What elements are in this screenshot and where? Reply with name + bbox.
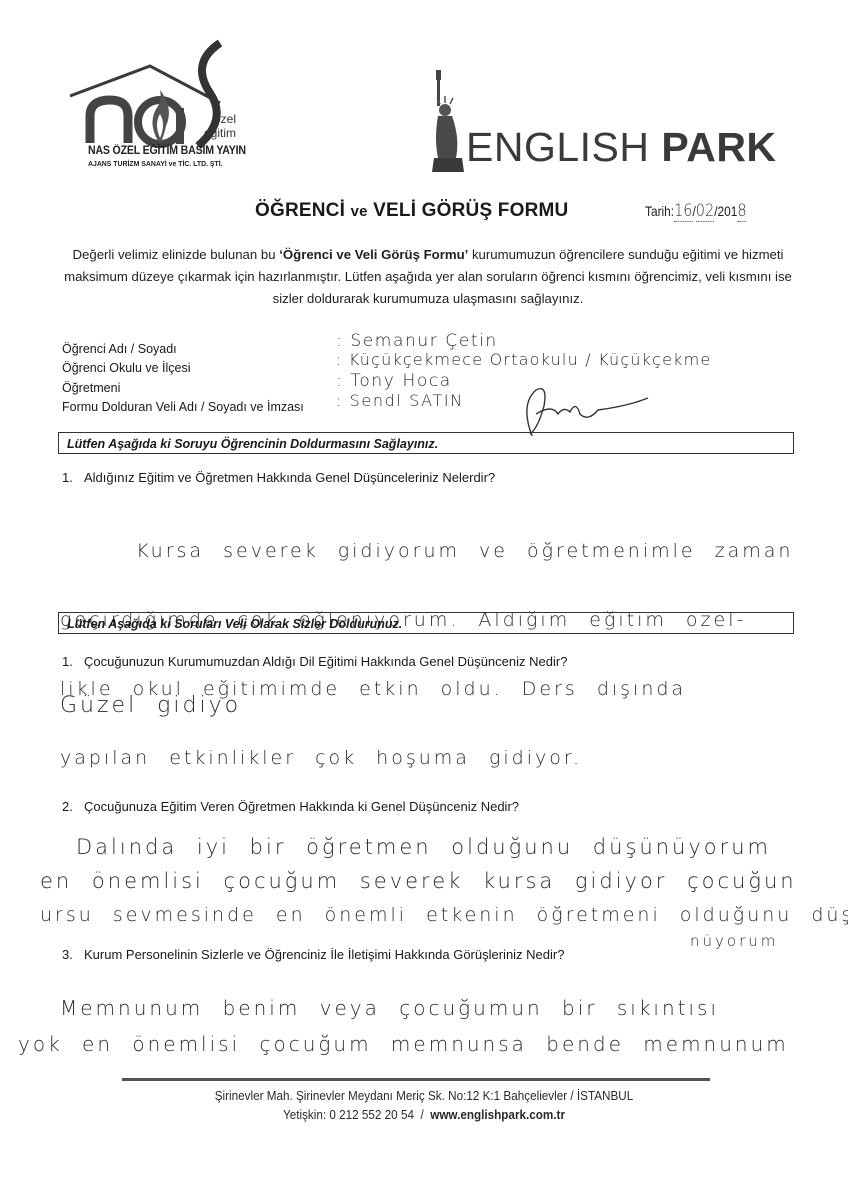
- student-answer-1[interactable]: Kursa severek gidiyorum ve öğretmenimle …: [60, 494, 793, 793]
- parent-signature[interactable]: [518, 384, 668, 439]
- title-part1: ÖĞRENCİ: [255, 200, 345, 221]
- footer-website-link[interactable]: www.englishpark.com.tr: [430, 1107, 565, 1122]
- parent-answer-1[interactable]: Güzel gidiyo: [60, 694, 241, 717]
- answer-line: ursu sevmesinde en önemli etkenin öğretm…: [40, 898, 848, 932]
- footer-phone: Yetişkin: 0 212 552 20 54 /: [283, 1107, 430, 1122]
- question-text: Kurum Personelinin Sizlerle ve Öğrencini…: [84, 947, 564, 962]
- teacher-label: Öğretmeni: [62, 381, 120, 395]
- parent-name-label: Formu Dolduran Veli Adı / Soyadı ve İmza…: [62, 400, 304, 414]
- parent-question-1: 1.Çocuğunuzun Kurumumuzdan Aldığı Dil Eğ…: [62, 654, 567, 669]
- answer-line: yok en önemlisi çocuğum memnunsa bende m…: [18, 1026, 789, 1062]
- answer-line: Kursa severek gidiyorum ve öğretmenimle …: [60, 540, 793, 563]
- answer-line: en önemlisi çocuğum severek kursa gidiyo…: [40, 864, 848, 898]
- question-text: Çocuğunuzun Kurumumuzdan Aldığı Dil Eğit…: [84, 654, 567, 669]
- date-day-field[interactable]: 16: [674, 201, 692, 222]
- footer-divider: [122, 1078, 710, 1081]
- nas-tagline-ozel: özel: [214, 112, 236, 126]
- date-year-field[interactable]: 8: [737, 201, 746, 222]
- question-text: Çocuğunuza Eğitim Veren Öğretmen Hakkınd…: [84, 799, 519, 814]
- form-date: Tarih:16/02/2018: [645, 201, 747, 221]
- form-intro: Değerli velimiz elinizde bulunan bu ‘Öğr…: [58, 244, 798, 310]
- parent-answer-3[interactable]: Memnunum benim veya çocuğumun bir sıkınt…: [18, 990, 789, 1062]
- question-text: Aldığınız Eğitim ve Öğretmen Hakkında Ge…: [84, 470, 495, 485]
- date-label: Tarih:: [645, 203, 674, 219]
- answer-line: yapılan etkinlikler çok hoşuma gidiyor.: [60, 747, 793, 770]
- answer-line: Memnunum benim veya çocuğumun bir sıkınt…: [18, 990, 789, 1026]
- date-year-prefix: 201: [718, 203, 738, 219]
- parent-question-2: 2.Çocuğunuza Eğitim Veren Öğretmen Hakkı…: [62, 799, 519, 814]
- footer-address: Şirinevler Mah. Şirinevler Meydanı Meriç…: [42, 1088, 805, 1103]
- parent-section-heading: Lütfen Aşağıda ki Soruları Veli Olarak S…: [58, 612, 794, 634]
- parent-question-3: 3.Kurum Personelinin Sizlerle ve Öğrenci…: [62, 947, 564, 962]
- english-park-logo: ENGLISH PARK: [430, 68, 780, 178]
- intro-form-name: ‘Öğrenci ve Veli Görüş Formu’: [279, 247, 468, 262]
- english-park-logo-text-bold: PARK: [661, 124, 776, 170]
- student-name-label: Öğrenci Adı / Soyadı: [62, 342, 177, 356]
- nas-company-name: NAS ÖZEL EĞİTİM BASIM YAYIN: [88, 145, 246, 157]
- english-park-logo-text-light: ENGLISH: [466, 124, 650, 170]
- nas-tagline-egitim: eğitim: [204, 126, 236, 140]
- question-number: 2.: [62, 799, 84, 814]
- student-school-field[interactable]: : Küçükçekmece Ortaokulu / Küçükçekme: [336, 350, 711, 369]
- footer-contact: Yetişkin: 0 212 552 20 54 / www.englishp…: [42, 1107, 805, 1122]
- question-number: 3.: [62, 947, 84, 962]
- title-part2: VELİ GÖRÜŞ FORMU: [373, 200, 568, 221]
- student-name-field[interactable]: : Semanur Çetin: [336, 331, 498, 351]
- parent-name-field[interactable]: : Sendl SATIN: [336, 391, 464, 410]
- title-ve: ve: [351, 203, 368, 220]
- date-month-field[interactable]: 02: [696, 201, 714, 222]
- teacher-field[interactable]: : Tony Hoca: [336, 371, 452, 391]
- student-school-label: Öğrenci Okulu ve İlçesi: [62, 361, 191, 375]
- statue-of-liberty-icon: [430, 68, 470, 178]
- answer-line: Dalında iyi bir öğretmen olduğunu düşünü…: [40, 830, 848, 864]
- answer-line: Güzel gidiyo: [60, 694, 241, 717]
- question-number: 1.: [62, 470, 84, 485]
- student-question-1: 1.Aldığınız Eğitim ve Öğretmen Hakkında …: [62, 470, 495, 485]
- form-title: ÖĞRENCİ ve VELİ GÖRÜŞ FORMU: [255, 200, 568, 222]
- student-section-heading: Lütfen Aşağıda ki Soruyu Öğrencinin Dold…: [58, 432, 794, 454]
- nas-company-sub: AJANS TURİZM SANAYİ ve TİC. LTD. ŞTİ.: [88, 159, 223, 168]
- intro-text-pre: Değerli velimiz elinizde bulunan bu: [73, 247, 280, 262]
- question-number: 1.: [62, 654, 84, 669]
- parent-answer-2[interactable]: Dalında iyi bir öğretmen olduğunu düşünü…: [40, 830, 848, 950]
